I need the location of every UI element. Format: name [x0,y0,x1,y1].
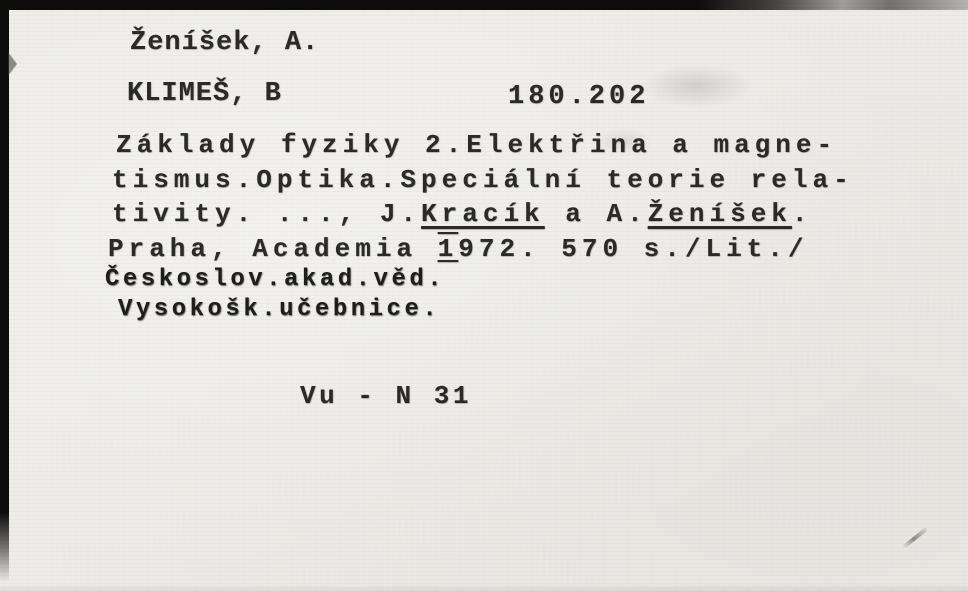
scan-bottom-shade [0,584,968,592]
text-segment: 972. 570 s./Lit./ [458,234,808,264]
card-heading-author: Ženíšek, A. [130,28,319,58]
body-line: Českoslov.akad.věd. [105,266,445,293]
scan-top-edge [0,0,968,10]
body-line: Praha, Academia 1972. 570 s./Lit./ [108,234,809,264]
text-segment: Vysokošk.učebnice. [118,296,440,323]
text-segment: . [792,199,813,229]
underline-text-segment: Kracík [421,199,545,229]
text-segment: tivity. ..., J. [112,199,421,229]
pen-mark [902,527,928,549]
scan-left-edge [0,0,9,582]
text-segment: tismus.Optika.Speciální teorie rela- [112,165,854,195]
call-number: 180.202 [508,82,649,112]
text-segment: a A. [545,199,648,229]
body-line: tismus.Optika.Speciální teorie rela- [112,165,854,195]
ink-smudge [642,64,752,108]
text-segment: Praha, Academia [108,234,438,264]
body-line: tivity. ..., J.Kracík a A.Ženíšek. [112,199,813,229]
underline-text-segment: Ženíšek [648,199,792,229]
text-segment: Základy fyziky 2.Elektřina a magne- [116,130,837,160]
card-secondary-author: KLIMEŠ, B [127,79,282,109]
body-line: Základy fyziky 2.Elektřina a magne- [116,130,837,160]
overstrike-text-segment: 1 [438,234,459,264]
body-line: Vysokošk.učebnice. [118,296,440,323]
library-catalog-card-scan: Ženíšek, A. KLIMEŠ, B 180.202 Základy fy… [0,0,968,592]
text-segment: Českoslov.akad.věd. [105,266,445,293]
shelf-mark: Vu - N 31 [300,381,472,411]
